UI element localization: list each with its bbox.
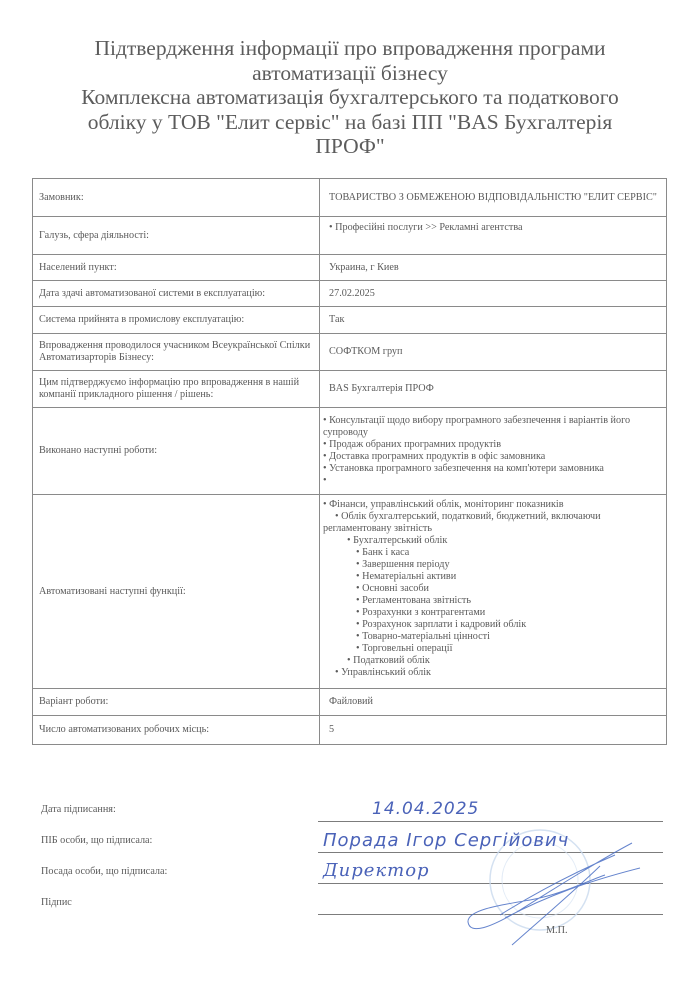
signer-position-value: Директор [323,860,430,881]
list-item: • Доставка програмних продуктів в офіс з… [323,451,660,463]
list-item: • Торговельні операції [323,643,660,655]
table-row: Впровадження проводилося учасником Всеук… [33,334,667,371]
list-item: • Основні засоби [323,583,660,595]
title-line: Підтвердження інформації про впровадженн… [40,36,660,61]
row-label-customer: Замовник: [33,179,320,217]
title-line: автоматизації бізнесу [40,61,660,86]
table-row: Система прийнята в промислову експлуатац… [33,307,667,334]
signature-label: Підпис [41,897,72,908]
row-value-customer: ТОВАРИСТВО З ОБМЕЖЕНОЮ ВІДПОВІДАЛЬНІСТЮ … [320,179,667,217]
list-item: • Товарно-матеріальні цінності [323,631,660,643]
table-row: Цим підтверджуємо інформацію про впровад… [33,371,667,408]
list-item: • Управлінський облік [323,667,660,679]
signing-date-value: 14.04.2025 [372,799,479,819]
table-row: Число автоматизованих робочих місць: 5 [33,716,667,745]
document-title: Підтвердження інформації про впровадженн… [40,36,660,159]
signer-name-value: Порада Ігор Сергійович [323,830,569,851]
row-value-industry: • Професійні послуги >> Рекламні агентст… [320,217,667,255]
row-label-works: Виконано наступні роботи: [33,408,320,495]
table-row: Населений пункт: Украина, г Киев [33,255,667,281]
signing-date-line [318,821,663,822]
row-label-work-mode: Варіант роботи: [33,689,320,716]
row-value-city: Украина, г Киев [320,255,667,281]
list-item: • Розрахунки з контрагентами [323,607,660,619]
row-value-implementer: СОФТКОМ груп [320,334,667,371]
list-item: • Банк і каса [323,547,660,559]
signer-name-line [318,852,663,853]
table-row: Виконано наступні роботи: • Консультації… [33,408,667,495]
row-value-work-mode: Файловий [320,689,667,716]
table-row: Варіант роботи: Файловий [33,689,667,716]
table-row: Автоматизовані наступні функції: • Фінан… [33,495,667,689]
list-item: • Облік бухгалтерський, податковий, бюдж… [323,511,660,535]
row-label-delivery-date: Дата здачі автоматизованої системи в екс… [33,281,320,307]
title-line: Комплексна автоматизація бухгалтерського… [40,85,660,110]
row-label-functions: Автоматизовані наступні функції: [33,495,320,689]
signer-name-label: ПІБ особи, що підписала: [41,835,152,846]
row-value-accepted: Так [320,307,667,334]
list-item: • Фінанси, управлінський облік, монітори… [323,499,660,511]
title-line: ПРОФ" [40,134,660,159]
works-items: • Консультації щодо вибору програмного з… [323,411,660,491]
list-item: • Податковий облік [323,655,660,667]
list-item: • Розрахунок зарплати і кадровий облік [323,619,660,631]
row-label-solution: Цим підтверджуємо інформацію про впровад… [33,371,320,408]
row-label-city: Населений пункт: [33,255,320,281]
row-label-industry: Галузь, сфера діяльності: [33,217,320,255]
list-item: • Установка програмного забезпечення на … [323,463,660,475]
signature-line [318,914,663,915]
functions-items: • Фінанси, управлінський облік, монітори… [323,495,660,683]
list-item: • Консультації щодо вибору програмного з… [323,415,660,439]
table-row: Замовник: ТОВАРИСТВО З ОБМЕЖЕНОЮ ВІДПОВІ… [33,179,667,217]
row-value-delivery-date: 27.02.2025 [320,281,667,307]
table-row: Галузь, сфера діяльності: • Професійні п… [33,217,667,255]
info-table: Замовник: ТОВАРИСТВО З ОБМЕЖЕНОЮ ВІДПОВІ… [32,178,667,745]
title-line: обліку у ТОВ "Елит сервіс" на базі ПП "B… [40,110,660,135]
row-label-workplaces: Число автоматизованих робочих місць: [33,716,320,745]
stamp-label: М.П. [546,925,568,936]
works-list: • Консультації щодо вибору програмного з… [320,408,667,495]
list-item: • Завершення періоду [323,559,660,571]
list-item: • [323,475,660,487]
signing-date-label: Дата підписання: [41,804,116,815]
table-row: Дата здачі автоматизованої системи в екс… [33,281,667,307]
list-item: • Регламентована звітність [323,595,660,607]
functions-list: • Фінанси, управлінський облік, монітори… [320,495,667,689]
list-item: • Бухгалтерський облік [323,535,660,547]
row-label-implementer: Впровадження проводилося учасником Всеук… [33,334,320,371]
row-value-solution: BAS Бухгалтерія ПРОФ [320,371,667,408]
row-value-workplaces: 5 [320,716,667,745]
signer-position-line [318,883,663,884]
signer-position-label: Посада особи, що підписала: [41,866,167,877]
row-label-accepted: Система прийнята в промислову експлуатац… [33,307,320,334]
list-item: • Нематеріальні активи [323,571,660,583]
list-item: • Продаж обраних програмних продуктів [323,439,660,451]
